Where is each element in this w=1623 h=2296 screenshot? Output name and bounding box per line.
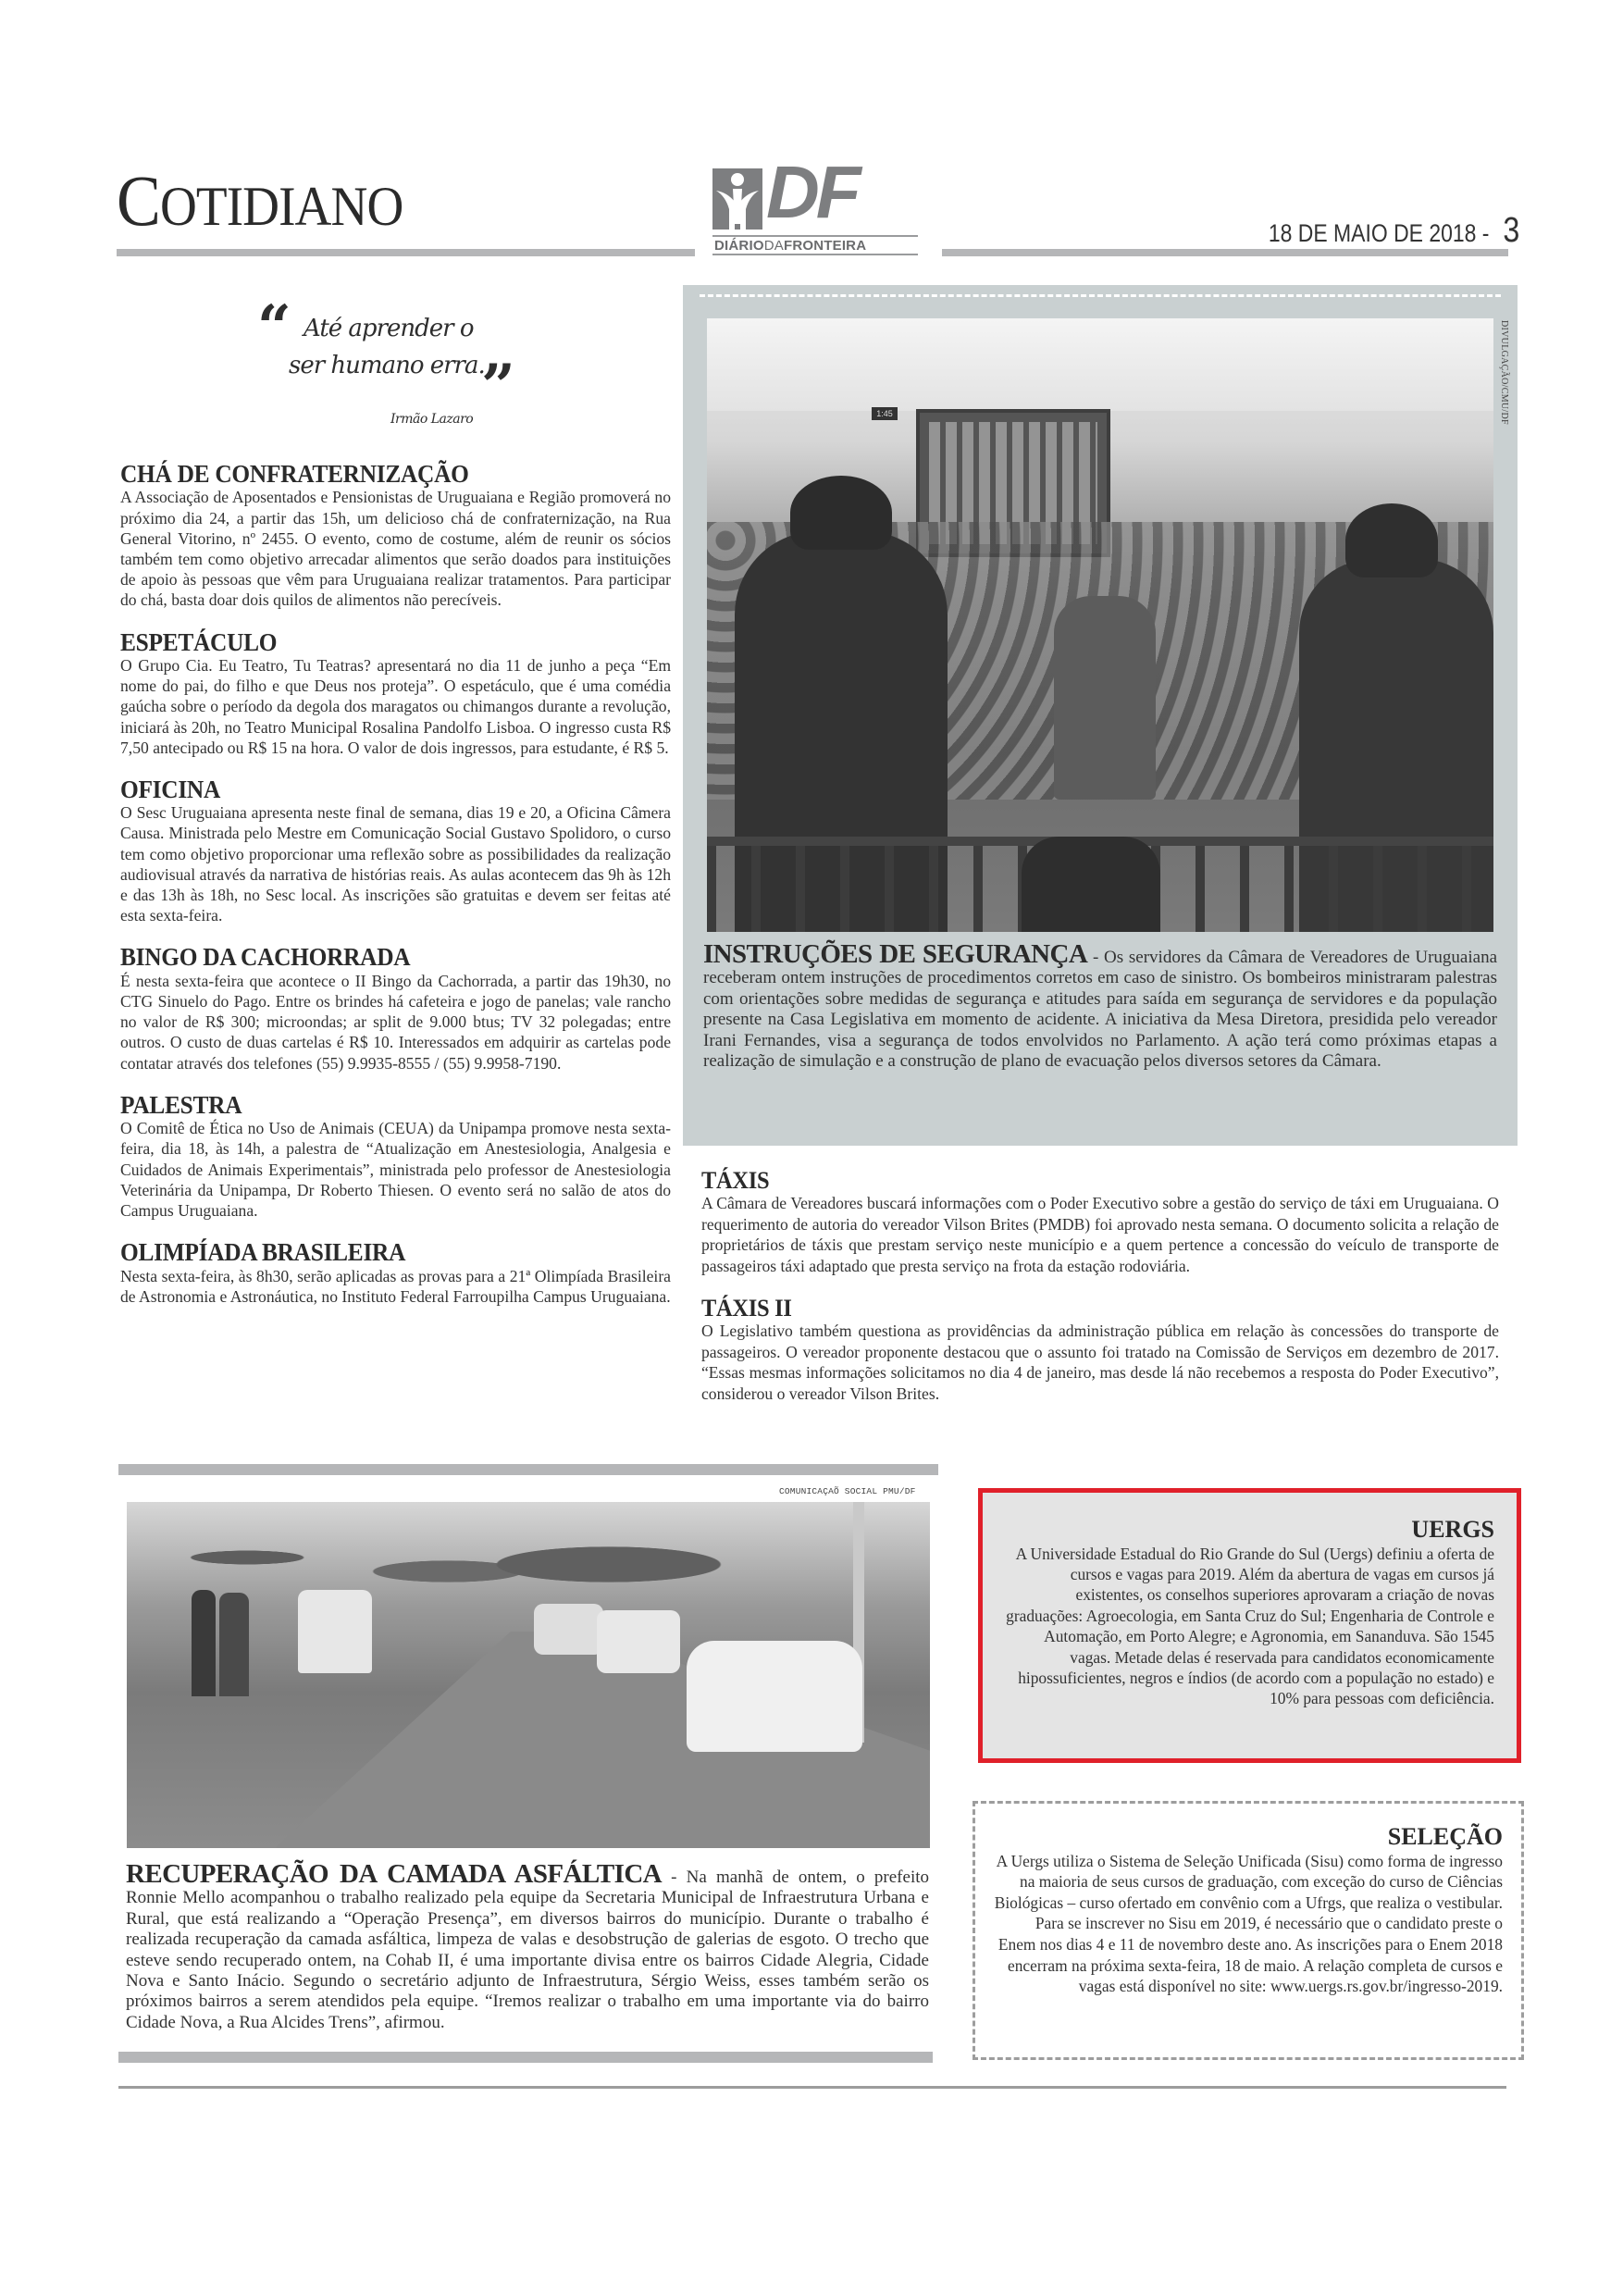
logo-mark-text: DF <box>766 155 858 230</box>
box-body: A Uergs utiliza o Sistema de Seleção Uni… <box>994 1851 1503 1997</box>
brief-body: A Câmara de Vereadores buscará informaçõ… <box>701 1193 1499 1276</box>
website-link[interactable]: www.uergs.rs.gov.br/ingresso-2019. <box>1270 1977 1503 1995</box>
footer-rule <box>118 2086 1506 2089</box>
parked-car <box>597 1610 680 1673</box>
van <box>298 1590 372 1673</box>
section-title-rest: OTIDIANO <box>160 176 403 237</box>
caption-body: Na manhã de ontem, o prefeito Ronnie Mel… <box>126 1868 929 2032</box>
person <box>219 1593 249 1696</box>
uergs-box: UERGS A Universidade Estadual do Rio Gra… <box>978 1488 1521 1763</box>
featured-photo-panel: 1:45 DIVULGAÇÃO/CMU/DF INSTRUÇÕES DE SEG… <box>683 285 1518 1146</box>
box-body: A Universidade Estadual do Rio Grande do… <box>1005 1544 1494 1709</box>
date-separator: - <box>1481 219 1489 247</box>
photo-credit: DIVULGAÇÃO/CMU/DF <box>1499 320 1509 425</box>
brief-title: CHÁ DE CONFRATERNIZAÇÃO <box>120 461 638 487</box>
box-title: SELEÇÃO <box>994 1824 1503 1851</box>
section-title: COTIDIANO <box>117 165 403 237</box>
digital-clock: 1:45 <box>872 407 898 420</box>
news-brief-olimpiada: OLIMPÍADA BRASILEIRA Nesta sexta-feira, … <box>120 1239 671 1307</box>
brief-title: OFICINA <box>120 776 638 802</box>
quote-line-2: ser humano erra. <box>289 352 485 379</box>
open-quote-icon: “ <box>257 298 291 357</box>
section-divider <box>118 2052 933 2063</box>
news-brief-taxis-ii: TÁXIS II O Legislativo também questiona … <box>701 1296 1499 1405</box>
photo-caption: INSTRUÇÕES DE SEGURANÇA - Os servidores … <box>703 944 1497 1072</box>
photo-credit: COMUNICAÇAÕ SOCIAL PMU/DF <box>779 1486 916 1496</box>
caption-separator: - <box>1087 948 1104 967</box>
brief-title: TÁXIS <box>701 1168 1451 1193</box>
box-body-text: A Uergs utiliza o Sistema de Seleção Uni… <box>995 1852 1503 1996</box>
brief-title: TÁXIS II <box>701 1296 1451 1321</box>
person <box>192 1590 216 1696</box>
issue-date-line: 18 DE MAIO DE 2018 - 3 <box>1269 211 1519 251</box>
parked-car <box>687 1641 862 1752</box>
issue-date: 18 DE MAIO DE 2018 <box>1269 219 1477 247</box>
brief-body: O Grupo Cia. Eu Teatro, Tu Teatras? apre… <box>120 655 671 758</box>
panel-dashed-rule <box>700 294 1501 297</box>
news-brief-cha: CHÁ DE CONFRATERNIZAÇÃO A Associação de … <box>120 461 671 611</box>
logo-figure-icon <box>712 168 762 230</box>
left-news-column: CHÁ DE CONFRATERNIZAÇÃO A Associação de … <box>120 461 671 1325</box>
section-title-initial: C <box>117 160 160 241</box>
brief-body: O Legislativo também questiona as provid… <box>701 1321 1499 1404</box>
brief-title: OLIMPÍADA BRASILEIRA <box>120 1239 638 1265</box>
parked-car <box>534 1604 603 1655</box>
logo-subtitle-part2: DA <box>764 238 784 254</box>
logo-subtitle-part3: FRONTEIRA <box>784 238 866 254</box>
news-brief-oficina: OFICINA O Sesc Uruguaiana apresenta nest… <box>120 776 671 926</box>
caption-title: RECUPERAÇÃO DA CAMADA ASFÁLTICA <box>126 1859 662 1889</box>
brief-body: O Sesc Uruguaiana apresenta neste final … <box>120 802 671 925</box>
brief-body: É nesta sexta-feira que acontece o II Bi… <box>120 971 671 1074</box>
selecao-box: SELEÇÃO A Uergs utiliza o Sistema de Sel… <box>973 1801 1524 2060</box>
section-divider <box>118 1464 938 1475</box>
page-number: 3 <box>1503 211 1519 250</box>
news-brief-taxis: TÁXIS A Câmara de Vereadores buscará inf… <box>701 1168 1499 1277</box>
brief-title: PALESTRA <box>120 1092 638 1118</box>
street-repair-photo <box>127 1502 930 1848</box>
caption-title: INSTRUÇÕES DE SEGURANÇA <box>703 939 1087 969</box>
brief-title: BINGO DA CACHORRADA <box>120 944 638 970</box>
newspaper-logo: DF DIÁRIODAFRONTEIRA <box>712 168 918 257</box>
quote-author: Irmão Lazaro <box>390 412 473 427</box>
box-title: UERGS <box>1005 1517 1494 1544</box>
brief-body: O Comitê de Ética no Uso de Animais (CEU… <box>120 1118 671 1221</box>
right-news-column: TÁXIS A Câmara de Vereadores buscará inf… <box>701 1168 1499 1422</box>
news-brief-palestra: PALESTRA O Comitê de Ética no Uso de Ani… <box>120 1092 671 1221</box>
council-chamber-photo: 1:45 <box>707 318 1493 932</box>
news-brief-bingo: BINGO DA CACHORRADA É nesta sexta-feira … <box>120 944 671 1073</box>
masthead-rule-left <box>117 249 695 256</box>
photo-caption: RECUPERAÇÃO DA CAMADA ASFÁLTICA - Na man… <box>126 1864 929 2033</box>
logo-subtitle: DIÁRIODAFRONTEIRA <box>712 235 918 255</box>
close-quote-icon: ” <box>481 357 515 416</box>
logo-subtitle-part1: DIÁRIO <box>714 238 764 254</box>
brief-body: Nesta sexta-feira, às 8h30, serão aplica… <box>120 1266 671 1307</box>
chair <box>1022 837 1160 932</box>
brief-title: ESPETÁCULO <box>120 629 638 655</box>
quote-line-1: Até aprender o <box>304 315 474 342</box>
news-brief-espetaculo: ESPETÁCULO O Grupo Cia. Eu Teatro, Tu Te… <box>120 629 671 758</box>
wheelchair-user <box>1054 596 1156 800</box>
brief-body: A Associação de Aposentados e Pensionist… <box>120 487 671 610</box>
caption-separator: - <box>662 1868 687 1887</box>
